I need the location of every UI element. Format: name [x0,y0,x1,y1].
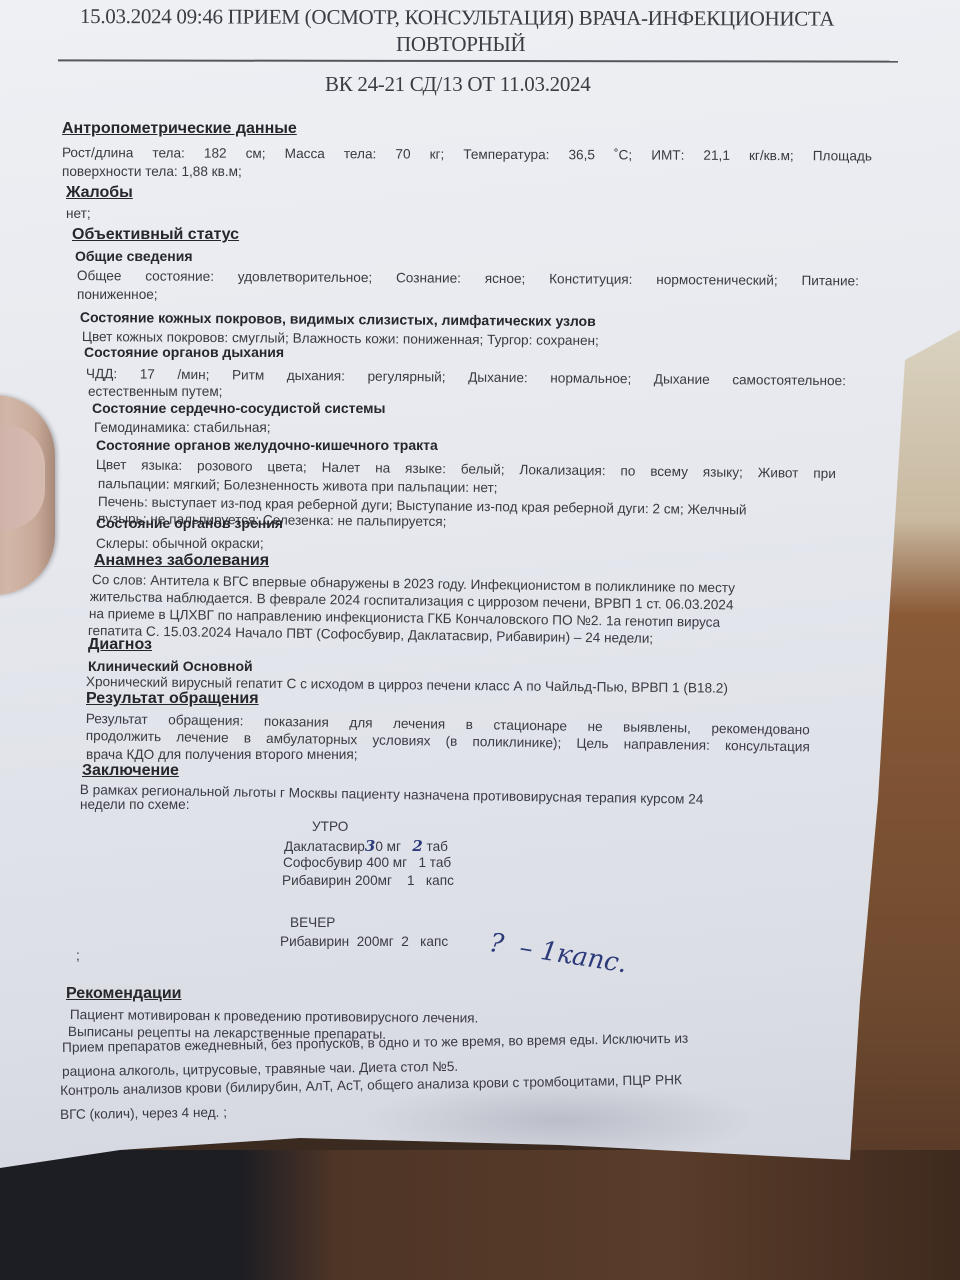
schedule-morning-label: УТРО [312,819,348,834]
section-heading-complaints: Жалобы [66,184,133,202]
subheading-cardio: Состояние сердечно-сосудистой системы [92,400,385,416]
stray-mark: ; [76,948,80,963]
anthropometry-line: Рост/длина тела: 182 см; Масса тела: 70 … [62,145,872,164]
subheading-skin: Состояние кожных покровов, видимых слизи… [80,309,596,329]
recommendation-line: Пациент мотивирован к проведению противо… [70,1007,479,1026]
section-heading-result: Результат обращения [86,690,259,708]
background-lap [0,1150,960,1280]
schedule-item: Рибавирин 200мг 1 капс [282,873,454,888]
general-line: Общее состояние: удовлетворительное; Соз… [77,268,859,288]
header-divider [58,59,898,62]
handwritten-note: ? – 1капс. [487,928,629,979]
section-heading-objective-status: Объективный статус [72,226,239,244]
schedule-item: Софосбувир 400 мг 1 таб [283,855,451,870]
subheading-diagnosis-main: Клинический Основной [88,658,253,674]
subheading-respiratory: Состояние органов дыхания [84,344,284,360]
document-title: 15.03.2024 09:46 ПРИЕМ (ОСМОТР, КОНСУЛЬТ… [80,4,834,32]
gi-line: пальпации: мягкий; Болезненность живота … [98,476,498,495]
document-page: 15.03.2024 09:46 ПРИЕМ (ОСМОТР, КОНСУЛЬТ… [0,0,960,1280]
schedule-item: Даклатасвир30 мг 2 таб [284,837,448,855]
subheading-gi: Состояние органов желудочно-кишечного тр… [96,437,438,453]
result-line: врача КДО для получения второго мнения; [86,747,358,762]
document-subtitle: ВК 24-21 СД/13 ОТ 11.03.2024 [325,72,590,97]
subheading-vision: Состояние органов зрения [96,515,283,531]
section-heading-anamnesis: Анамнез заболевания [94,552,269,570]
cardio-line: Гемодинамика: стабильная; [94,420,271,435]
section-heading-anthropometry: Антропометрические данные [62,120,297,138]
subheading-general: Общие сведения [75,248,193,264]
conclusion-line: недели по схеме: [80,797,190,812]
handwritten-correction: 3 [365,837,375,855]
document-title-line2: ПОВТОРНЫЙ [396,32,525,57]
section-heading-conclusion: Заключение [82,762,179,780]
recommendation-line: рациона алкоголь, цитрусовые, травяные ч… [62,1059,458,1079]
section-heading-recommendations: Рекомендации [66,985,182,1003]
anthropometry-line: поверхности тела: 1,88 кв.м; [62,164,242,179]
vision-line: Склеры: обычной окраски; [96,536,264,551]
complaints-text: нет; [66,206,91,221]
respiratory-line: естественным путем; [88,384,222,399]
schedule-item: Рибавирин 200мг 2 капс [280,934,448,949]
recommendation-line: ВГС (колич), через 4 нед. ; [60,1105,227,1122]
paper-fold-shadow [360,1080,760,1160]
handwritten-correction: 2 [412,837,422,855]
general-line: пониженное; [77,287,158,302]
schedule-evening-label: ВЕЧЕР [290,915,335,930]
section-heading-diagnosis: Диагноз [88,636,152,654]
